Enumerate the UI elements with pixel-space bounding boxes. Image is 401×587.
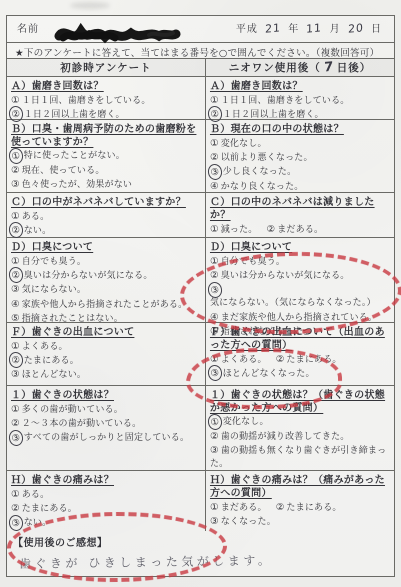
answer-option-B-right-③: ③少し良くなった。 (210, 167, 296, 177)
month-suffix: 月 (330, 24, 341, 35)
option-text: 家族や他人から指摘されたことがある。 (22, 300, 188, 310)
option-line: ②たまにある。 (11, 502, 202, 516)
option-number: ② (267, 223, 276, 236)
answer-option-H-left-①: ①ある。 (11, 490, 49, 500)
option-line: ④家族や他人から指摘されたことがある。 (11, 298, 202, 312)
answer-option-B-left-①: ①特に使ったことがない。 (11, 151, 125, 161)
option-text: 自分でも臭う。 (22, 257, 86, 267)
question-sections: Ａ）歯磨き回数は？①１日１回、歯磨きをしている。②１日２回以上歯を磨く。Ａ）歯磨… (7, 77, 394, 531)
option-line: ②たまにある。 (11, 354, 202, 368)
answer-option-D-left-③: ③気にならない。 (11, 285, 86, 295)
option-text: 変化なし。 (221, 139, 267, 149)
answer-option-H-right-①: ①まだある。 (210, 503, 267, 513)
option-number: ① (210, 255, 219, 268)
option-text: まだ家族や他人から指摘されている。 (221, 313, 377, 323)
answer-option-F-right-②: ②たまにある。 (276, 355, 342, 365)
option-line: ②以前より悪くなった。 (210, 151, 391, 165)
answer-option-C-right-①: ①減った。 (210, 225, 258, 235)
pen-circled-answer-number: ③ (8, 428, 24, 446)
option-line: ③ほとんどない。 (11, 368, 202, 382)
option-number: ① (11, 488, 20, 501)
option-number: ② (11, 164, 20, 177)
option-text: ほとんどなくなった。 (223, 369, 315, 379)
era-label: 平成 (236, 24, 258, 35)
option-number: ① (11, 210, 20, 223)
section-F-right-cell: Ｆ）歯ぐきの出血について（出血のあった方への質問）①よくある。②たまにある。③ほ… (205, 323, 394, 385)
option-number: ① (210, 137, 219, 150)
answer-option-D-right-③: ③気にならない。（気にならなくなった。） (210, 285, 376, 308)
section-row-H: Ｈ）歯ぐきの痛みは？①ある。②たまにある。③ない。Ｈ）歯ぐきの痛みは？（痛みがあ… (7, 471, 394, 531)
option-text: ある。 (22, 490, 50, 500)
answer-option-D-left-①: ①自分でも臭う。 (11, 257, 86, 267)
option-text: １日１回、歯磨きをしている。 (22, 96, 151, 106)
answer-option-F-left-①: ①よくある。 (11, 342, 68, 352)
option-line: ②現在、使っている。 (11, 164, 202, 178)
question-heading-A-right: Ａ）歯磨き回数は？ (210, 80, 391, 93)
option-text: たまにある。 (286, 503, 341, 513)
answer-option-F-left-③: ③ほとんどない。 (11, 370, 86, 380)
option-line: ①減った。②まだある。 (210, 223, 391, 237)
section-row-B: Ｂ）口臭・歯周病予防のための歯磨粉を使っていますか？①特に使ったことがない。②現… (7, 120, 394, 193)
question-heading-H-right: Ｈ）歯ぐきの痛みは？（痛みがあった方への質問） (210, 474, 391, 500)
option-text: 変化なし。 (223, 417, 269, 427)
pen-circled-answer-number: ③ (207, 364, 223, 382)
section-D-left-cell: Ｄ）口臭について①自分でも臭う。②臭いは分からないが気になる。③気にならない。④… (7, 238, 205, 322)
option-line: ③ない。 (11, 517, 202, 531)
answer-option-I-right-③: ③歯の動揺も無くなり歯ぐきが引き締まった。 (210, 446, 386, 469)
option-number: ① (11, 255, 20, 268)
option-line: ①よくある。 (11, 340, 202, 354)
section-B-right-cell: Ｂ）現在の口の中の状態は？①変化なし。②以前より悪くなった。③少し良くなった。④… (205, 120, 394, 192)
option-text: 臭いは分からないが気になる。 (24, 271, 153, 281)
section-C-left-cell: Ｃ）口の中がネバネバしていますか？①ある。②ない。 (7, 193, 205, 237)
option-number: ② (210, 151, 219, 164)
option-line: ③歯の動揺も無くなり歯ぐきが引き締まった。 (210, 444, 391, 471)
section-row-C: Ｃ）口の中がネバネバしていますか？①ある。②ない。Ｃ）口の中のネバネバは減りまし… (7, 193, 394, 238)
option-number: ② (210, 269, 219, 282)
option-line: ①よくある。②たまにある。 (210, 353, 391, 367)
answer-option-I-right-①: ①変化なし。 (210, 417, 269, 427)
option-text: 減った。 (221, 225, 258, 235)
option-text: 色々使ったが、効果がない (22, 180, 132, 190)
answer-option-B-right-④: ④かなり良くなった。 (210, 182, 304, 192)
option-text: ほとんどない。 (22, 370, 86, 380)
option-line: ①多くの歯が動いている。 (11, 403, 202, 417)
answer-option-D-right-④: ④まだ家族や他人から指摘されている。 (210, 313, 377, 323)
option-number: ③ (210, 444, 219, 457)
option-text: よくある。 (22, 342, 68, 352)
pencil-smudge (70, 2, 110, 9)
question-heading-H-left: Ｈ）歯ぐきの痛みは？ (11, 474, 202, 487)
option-number: ② (276, 353, 285, 366)
answer-option-I-left-③: ③すべての歯がしっかりと固定している。 (11, 433, 189, 443)
answer-option-H-left-②: ②たまにある。 (11, 504, 77, 514)
option-number: ④ (11, 298, 20, 311)
section-A-left-cell: Ａ）歯磨き回数は？①１日１回、歯磨きをしている。②１日２回以上歯を磨く。 (7, 77, 205, 119)
option-line: ①１日１回、歯磨きをしている。 (11, 94, 202, 108)
answer-option-B-right-①: ①変化なし。 (210, 139, 267, 149)
question-heading-C-left: Ｃ）口の中がネバネバしていますか？ (11, 196, 202, 209)
column-header-after-use: ニオワン使用後（ 7 日後） (205, 59, 394, 76)
option-text: かなり良くなった。 (221, 182, 304, 192)
option-text: 歯の動揺が減り改善してきた。 (221, 432, 350, 442)
option-number: ③ (11, 368, 20, 381)
answer-option-I-right-②: ②歯の動揺が減り改善してきた。 (210, 432, 350, 442)
date-line: 平成 21 年 11 月 20 日 (236, 20, 382, 35)
option-text: なくなった。 (221, 517, 276, 527)
option-number: ① (210, 353, 219, 366)
feedback-label: 【使用後のご感想】 (13, 534, 388, 549)
handwritten-year: 21 (265, 21, 281, 35)
question-heading-D-left: Ｄ）口臭について (11, 241, 202, 254)
section-D-right-cell: Ｄ）口臭について①自分でも臭う。②臭いは分からないが気になる。③気にならない。（… (205, 238, 394, 322)
section-H-left-cell: Ｈ）歯ぐきの痛みは？①ある。②たまにある。③ない。 (7, 471, 205, 531)
section-row-I: １）歯ぐきの状態は？①多くの歯が動いている。②２～３本の歯が動いている。③すべて… (7, 386, 394, 471)
pen-circled-answer-number: ③ (207, 280, 223, 298)
question-heading-F-right: Ｆ）歯ぐきの出血について（出血のあった方への質問） (210, 326, 391, 352)
answer-option-I-left-②: ②２～３本の歯が動いている。 (11, 419, 141, 429)
answer-option-F-right-③: ③ほとんどなくなった。 (210, 369, 315, 379)
pen-circled-answer-number: ② (8, 351, 24, 369)
answer-option-A-right-②: ②１日２回以上歯を磨く。 (210, 110, 324, 120)
option-line: ①特に使ったことがない。 (11, 150, 202, 164)
option-line: ③少し良くなった。 (210, 166, 391, 180)
answer-option-D-right-②: ②臭いは分からないが気になる。 (210, 271, 350, 281)
option-text: たまにある。 (22, 504, 77, 514)
section-row-D: Ｄ）口臭について①自分でも臭う。②臭いは分からないが気になる。③気にならない。④… (7, 238, 394, 323)
name-date-row: 名前 平成 21 年 11 月 20 日 (7, 16, 394, 43)
option-number: ② (210, 430, 219, 443)
option-line: ③気にならない。（気にならなくなった。） (210, 284, 391, 311)
option-text: １日１回、歯磨きをしている。 (221, 96, 350, 106)
option-text: ２～３本の歯が動いている。 (22, 419, 142, 429)
feedback-handwritten-comment: 歯ぐきが ひきしまった気がします。 (19, 551, 274, 572)
handwritten-month: 11 (306, 21, 322, 35)
answer-option-H-right-②: ②たまにある。 (276, 503, 342, 513)
answer-option-B-left-②: ②現在、使っている。 (11, 166, 105, 176)
option-number: ② (11, 417, 20, 430)
handwritten-day: 20 (348, 21, 364, 35)
option-text: 現在、使っている。 (22, 166, 105, 176)
pen-circled-answer-number: ③ (8, 513, 24, 531)
answer-option-D-left-②: ②臭いは分からないが気になる。 (11, 271, 153, 281)
section-I-right-cell: １）歯ぐきの状態は？（歯ぐきの状態が悪かった方への質問）①変化なし。②歯の動揺が… (205, 386, 394, 470)
option-line: ②臭いは分からないが気になる。 (210, 269, 391, 283)
option-number: ③ (11, 178, 20, 191)
option-number: ① (11, 94, 20, 107)
column-header-row: 初診時アンケート ニオワン使用後（ 7 日後） (7, 59, 394, 77)
option-number: ② (276, 501, 285, 514)
option-line: ②ない。 (11, 224, 202, 238)
option-line: ①ある。 (11, 210, 202, 224)
section-row-A: Ａ）歯磨き回数は？①１日１回、歯磨きをしている。②１日２回以上歯を磨く。Ａ）歯磨… (7, 77, 394, 120)
feedback-row: 【使用後のご感想】 歯ぐきが ひきしまった気がします。 (7, 531, 394, 576)
questionnaire-table: 名前 平成 21 年 11 月 20 日 ★下のアンケートに答えて、当てはまる番… (6, 15, 395, 577)
answer-option-F-left-②: ②たまにある。 (11, 356, 79, 366)
column-header-initial-visit: 初診時アンケート (7, 59, 205, 76)
option-number: ① (11, 340, 20, 353)
name-scribble-redaction (53, 22, 181, 48)
answer-option-H-left-③: ③ない。 (11, 518, 51, 528)
day-suffix: 日 (371, 24, 382, 35)
right-column-title-prefix: ニオワン使用後（ (229, 60, 321, 75)
option-line: ③すべての歯がしっかりと固定している。 (11, 432, 202, 446)
question-heading-D-right: Ｄ）口臭について (210, 241, 391, 254)
section-A-right-cell: Ａ）歯磨き回数は？①１日１回、歯磨きをしている。②１日２回以上歯を磨く。 (205, 77, 394, 119)
answer-option-A-right-①: ①１日１回、歯磨きをしている。 (210, 96, 350, 106)
option-text: ない。 (24, 226, 52, 236)
option-number: ① (210, 223, 219, 236)
option-text: まだある。 (221, 503, 267, 513)
section-row-F: Ｆ）歯ぐきの出血について①よくある。②たまにある。③ほとんどない。Ｆ）歯ぐきの出… (7, 323, 394, 386)
option-number: ① (210, 501, 219, 514)
question-heading-C-right: Ｃ）口の中のネバネバは減りましたか？ (210, 196, 391, 222)
question-heading-F-left: Ｆ）歯ぐきの出血について (11, 326, 202, 339)
answer-option-C-right-②: ②まだある。 (267, 225, 324, 235)
option-line: ③気にならない。 (11, 283, 202, 297)
right-column-title-suffix: 日後） (337, 60, 372, 75)
option-line: ①変化なし。 (210, 137, 391, 151)
option-line: ①１日１回、歯磨きをしている。 (210, 94, 391, 108)
option-line: ③ほとんどなくなった。 (210, 367, 391, 381)
answer-option-C-left-①: ①ある。 (11, 212, 49, 222)
option-number: ① (210, 94, 219, 107)
section-B-left-cell: Ｂ）口臭・歯周病予防のための歯磨粉を使っていますか？①特に使ったことがない。②現… (7, 120, 205, 192)
option-line: ①自分でも臭う。 (11, 255, 202, 269)
option-text: ある。 (22, 212, 50, 222)
question-heading-B-left: Ｂ）口臭・歯周病予防のための歯磨粉を使っていますか？ (11, 123, 202, 149)
option-text: 気にならない。 (22, 285, 86, 295)
handwritten-days-count: 7 (324, 60, 334, 76)
pen-circled-answer-number: ② (8, 266, 24, 284)
question-heading-I-left: １）歯ぐきの状態は？ (11, 389, 202, 402)
option-line: ②臭いは分からないが気になる。 (11, 269, 202, 283)
option-text: ない。 (24, 518, 52, 528)
answer-option-I-left-①: ①多くの歯が動いている。 (11, 405, 123, 415)
option-line: ①ある。 (11, 488, 202, 502)
option-line: ④かなり良くなった。 (210, 180, 391, 194)
scanned-paper-sheet: 名前 平成 21 年 11 月 20 日 ★下のアンケートに答えて、当てはまる番… (0, 0, 401, 587)
option-number: ③ (11, 283, 20, 296)
option-text: 臭いは分からないが気になる。 (221, 271, 350, 281)
option-text: よくある。 (221, 355, 267, 365)
option-text: １日２回以上歯を磨く。 (24, 110, 125, 120)
option-number: ② (11, 502, 20, 515)
left-column-title: 初診時アンケート (60, 60, 151, 75)
option-number: ③ (210, 515, 219, 528)
question-heading-A-left: Ａ）歯磨き回数は？ (11, 80, 202, 93)
answer-option-A-left-②: ②１日２回以上歯を磨く。 (11, 110, 125, 120)
section-F-left-cell: Ｆ）歯ぐきの出血について①よくある。②たまにある。③ほとんどない。 (7, 323, 205, 385)
answer-option-F-right-①: ①よくある。 (210, 355, 267, 365)
option-text: 気にならない。（気にならなくなった。） (210, 298, 376, 308)
name-label: 名前 (17, 20, 39, 35)
option-text: 多くの歯が動いている。 (22, 405, 123, 415)
option-text: たまにある。 (24, 356, 79, 366)
answer-option-B-left-③: ③色々使ったが、効果がない (11, 180, 132, 190)
pen-circled-answer-number: ① (207, 412, 223, 430)
option-text: 少し良くなった。 (223, 167, 297, 177)
option-text: １日２回以上歯を磨く。 (223, 110, 324, 120)
option-text: まだある。 (277, 225, 323, 235)
option-line: ①自分でも臭う。 (210, 255, 391, 269)
pen-circled-answer-number: ③ (207, 162, 223, 180)
pen-circled-answer-number: ① (8, 146, 24, 164)
option-text: 自分でも臭う。 (221, 257, 285, 267)
answer-option-C-left-②: ②ない。 (11, 226, 51, 236)
option-text: 特に使ったことがない。 (24, 151, 125, 161)
option-line: ②２～３本の歯が動いている。 (11, 417, 202, 431)
answer-option-D-left-④: ④家族や他人から指摘されたことがある。 (11, 300, 187, 310)
option-number: ④ (210, 180, 219, 193)
option-text: 歯の動揺も無くなり歯ぐきが引き締まった。 (210, 446, 386, 469)
option-text: たまにある。 (286, 355, 341, 365)
section-I-left-cell: １）歯ぐきの状態は？①多くの歯が動いている。②２～３本の歯が動いている。③すべて… (7, 386, 205, 470)
answer-option-D-right-①: ①自分でも臭う。 (210, 257, 285, 267)
option-text: 以前より悪くなった。 (221, 153, 313, 163)
option-text: すべての歯がしっかりと固定している。 (24, 433, 189, 443)
pen-circled-answer-number: ② (8, 221, 24, 239)
section-H-right-cell: Ｈ）歯ぐきの痛みは？（痛みがあった方への質問）①まだある。②たまにある。③なくな… (205, 471, 394, 531)
question-heading-I-right: １）歯ぐきの状態は？（歯ぐきの状態が悪かった方への質問） (210, 389, 391, 415)
option-line: ②歯の動揺が減り改善してきた。 (210, 430, 391, 444)
option-number: ① (11, 403, 20, 416)
option-line: ①変化なし。 (210, 416, 391, 430)
option-number: ④ (210, 311, 219, 324)
answer-option-B-right-②: ②以前より悪くなった。 (210, 153, 313, 163)
instruction-text: ★下のアンケートに答えて、当てはまる番号を○で囲んでください。（複数回答可） (15, 48, 379, 59)
question-heading-B-right: Ｂ）現在の口の中の状態は？ (210, 123, 391, 136)
option-line: ③なくなった。 (210, 515, 391, 529)
section-C-right-cell: Ｃ）口の中のネバネバは減りましたか？①減った。②まだある。 (205, 193, 394, 237)
year-suffix: 年 (288, 24, 299, 35)
answer-option-A-left-①: ①１日１回、歯磨きをしている。 (11, 96, 151, 106)
option-line: ①まだある。②たまにある。 (210, 501, 391, 515)
answer-option-H-right-③: ③なくなった。 (210, 517, 276, 527)
option-line: ③色々使ったが、効果がない (11, 178, 202, 192)
